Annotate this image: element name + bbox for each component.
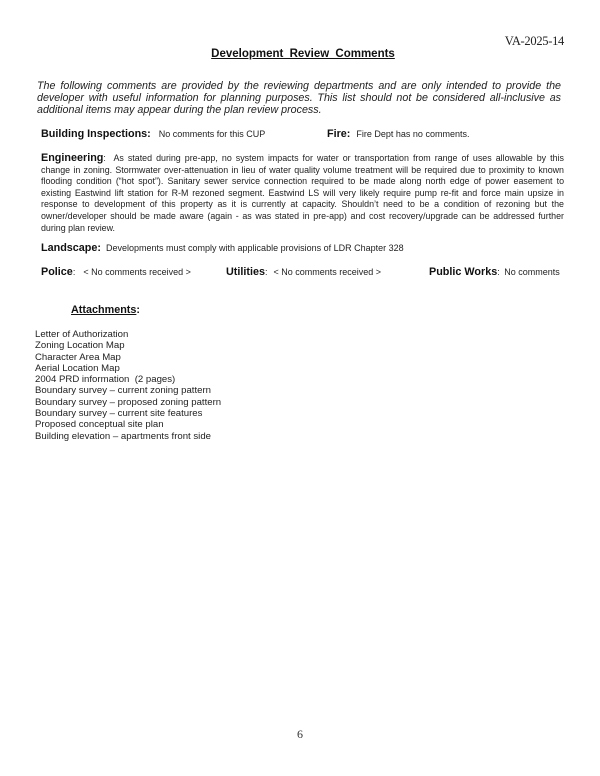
utilities-comment: Utilities:< No comments received > [226, 266, 381, 278]
building-inspections-comment: Building Inspections:No comments for thi… [41, 129, 265, 139]
landscape-label: Landscape: [41, 242, 101, 254]
utilities-label: Utilities [226, 266, 265, 278]
attachment-item: Aerial Location Map [35, 363, 221, 374]
attachments-list: Letter of Authorization Zoning Location … [35, 329, 221, 442]
police-label: Police [41, 266, 73, 278]
document-id: VA-2025-14 [505, 34, 564, 49]
attachment-item: Boundary survey – current site features [35, 408, 221, 419]
public-works-label: Public Works [429, 266, 497, 278]
attachment-item: Letter of Authorization [35, 329, 221, 340]
fire-comment: Fire:Fire Dept has no comments. [327, 128, 469, 140]
landscape-comment: Landscape:Developments must comply with … [41, 242, 404, 254]
attachment-item: 2004 PRD information (2 pages) [35, 374, 221, 385]
engineering-label: Engineering [41, 152, 103, 164]
page-title: Development Review Comments [0, 48, 600, 60]
engineering-colon: : [103, 153, 105, 163]
utilities-colon: : [265, 267, 268, 277]
utilities-text: < No comments received > [274, 267, 382, 277]
fire-label: Fire: [327, 128, 350, 140]
attachment-item: Zoning Location Map [35, 340, 221, 351]
attachment-item: Boundary survey – current zoning pattern [35, 385, 221, 396]
engineering-text: As stated during pre-app, no system impa… [41, 153, 564, 233]
intro-paragraph: The following comments are provided by t… [37, 80, 561, 117]
public-works-colon: : [497, 267, 500, 277]
police-utilities-publicworks-row: Police:< No comments received > Utilitie… [41, 266, 566, 278]
attachment-item: Building elevation – apartments front si… [35, 431, 221, 442]
attachment-item: Character Area Map [35, 352, 221, 363]
public-works-text: No comments [504, 267, 560, 277]
police-colon: : [73, 267, 76, 277]
fire-text: Fire Dept has no comments. [356, 129, 469, 139]
attachments-heading: Attachments: [71, 304, 140, 316]
police-comment: Police:< No comments received > [41, 267, 191, 277]
attachments-colon: : [136, 304, 140, 316]
public-works-comment: Public Works: No comments [429, 266, 560, 278]
landscape-text: Developments must comply with applicable… [106, 243, 404, 253]
building-fire-row: Building Inspections:No comments for thi… [41, 128, 265, 140]
attachments-title: Attachments [71, 304, 136, 316]
attachment-item: Boundary survey – proposed zoning patter… [35, 397, 221, 408]
building-inspections-text: No comments for this CUP [159, 129, 266, 139]
police-text: < No comments received > [83, 267, 191, 277]
page-number: 6 [0, 727, 600, 742]
engineering-comment: Engineering: As stated during pre-app, n… [41, 153, 564, 234]
attachment-item: Proposed conceptual site plan [35, 419, 221, 430]
building-inspections-label: Building Inspections: [41, 128, 151, 140]
